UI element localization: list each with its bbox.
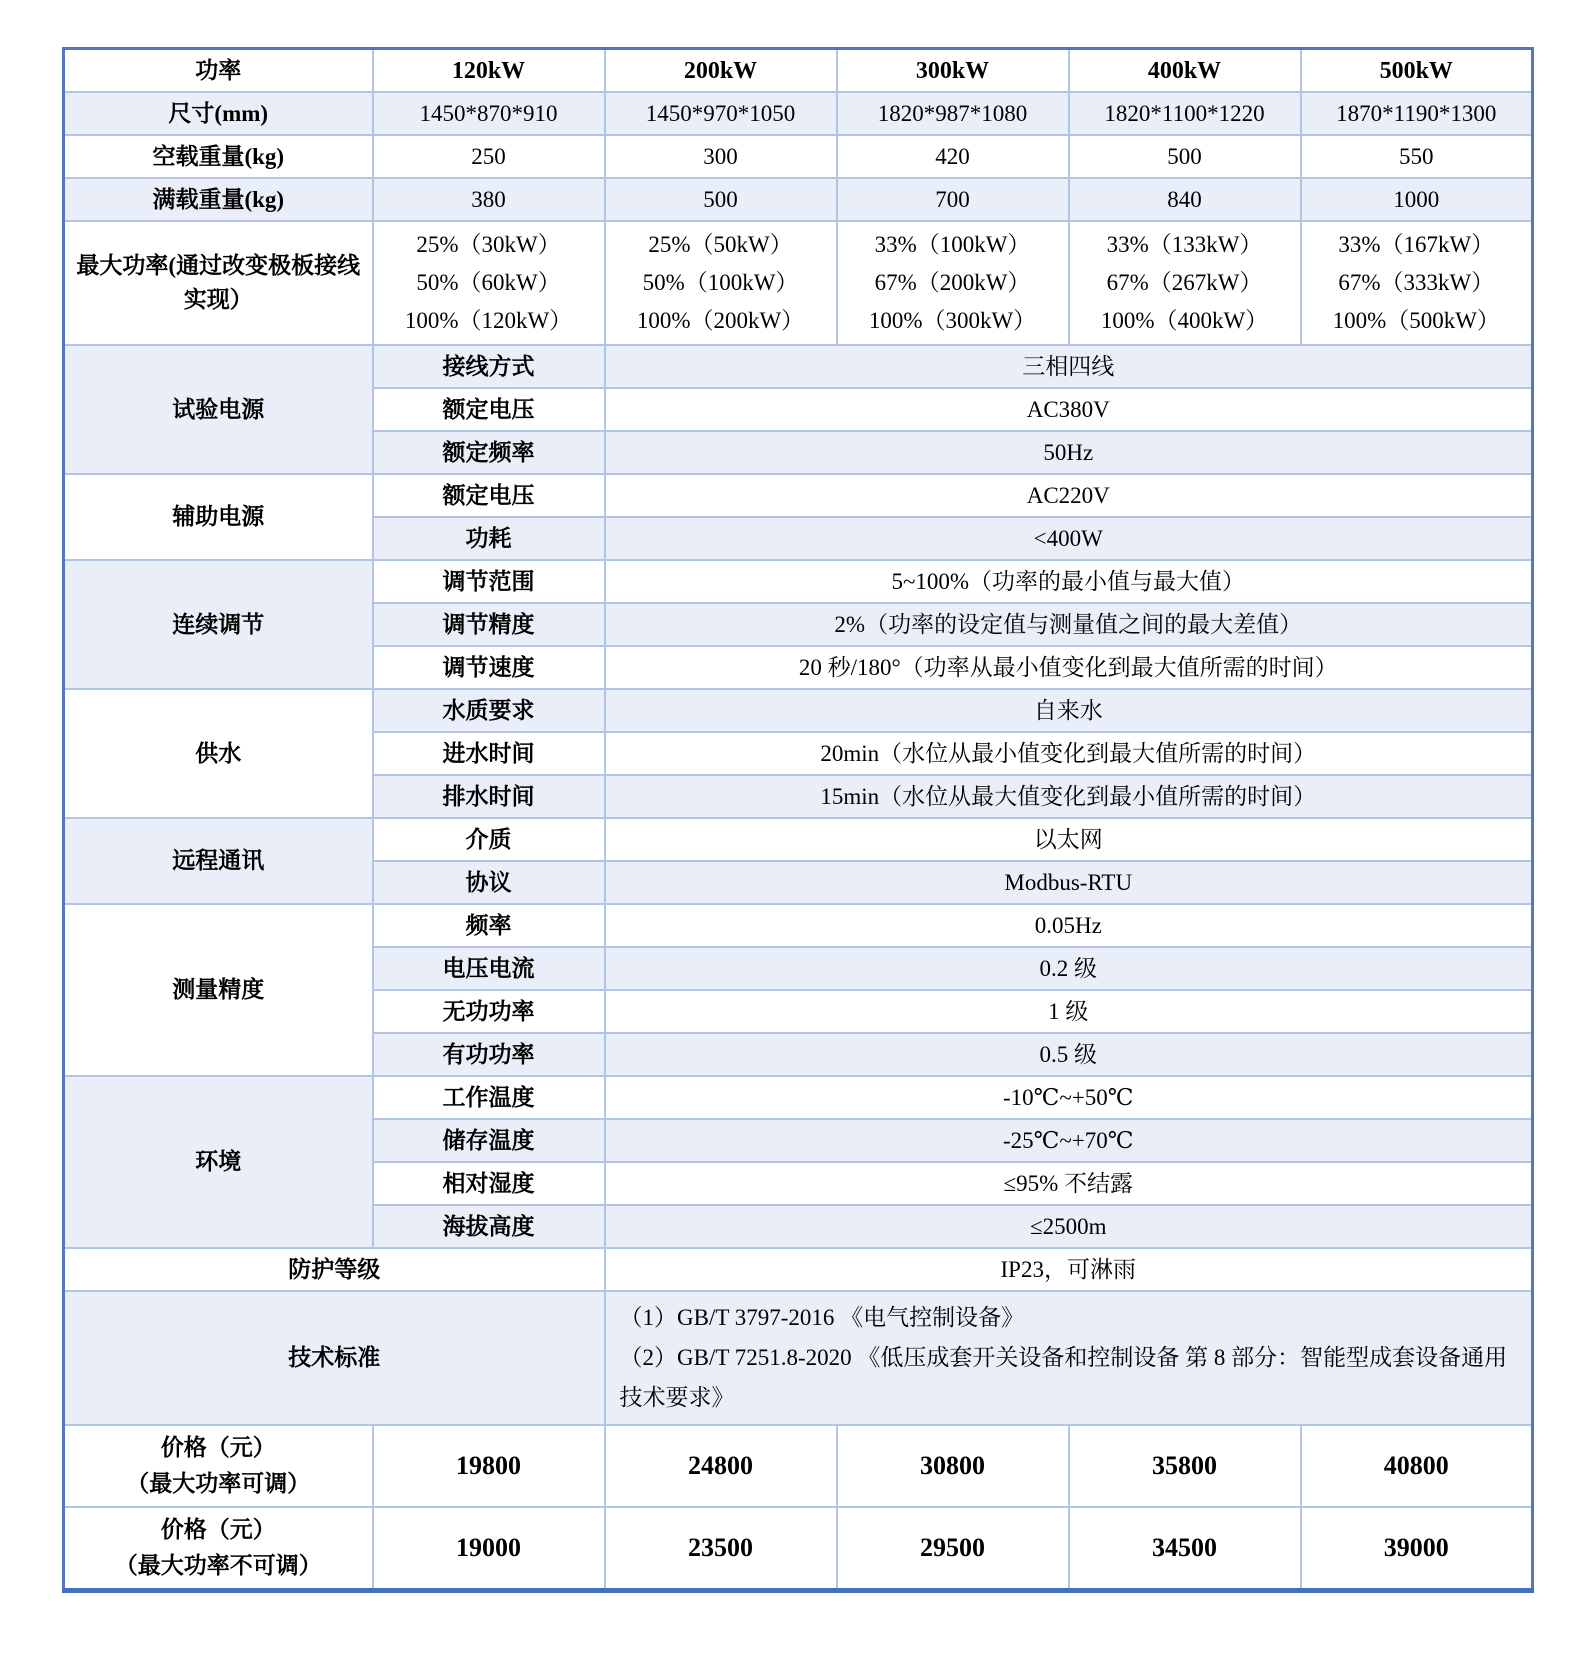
- step-value: 100%（500kW）: [1308, 302, 1526, 340]
- table-row-size: 尺寸(mm) 1450*870*910 1450*970*1050 1820*9…: [64, 92, 1533, 135]
- table-row-water-quality: 供水 水质要求 自来水: [64, 689, 1533, 732]
- cell-max-power-steps: 25%（30kW） 50%（60kW） 100%（120kW）: [373, 221, 605, 345]
- cell-value: 1820*1100*1220: [1069, 92, 1301, 135]
- row-label: 工作温度: [373, 1076, 605, 1119]
- cell-value: 250: [373, 135, 605, 178]
- row-label: 储存温度: [373, 1119, 605, 1162]
- table-row-protection: 防护等级 IP23，可淋雨: [64, 1248, 1533, 1291]
- cell-max-power-steps: 33%（167kW） 67%（333kW） 100%（500kW）: [1301, 221, 1533, 345]
- price-value: 40800: [1301, 1425, 1533, 1507]
- row-label: 排水时间: [373, 775, 605, 818]
- row-label: 额定电压: [373, 474, 605, 517]
- table-row-adjust-range: 连续调节 调节范围 5~100%（功率的最小值与最大值）: [64, 560, 1533, 603]
- table-row-standards: 技术标准 （1）GB/T 3797-2016 《电气控制设备》 （2）GB/T …: [64, 1291, 1533, 1425]
- cell-value: 700: [837, 178, 1069, 221]
- row-label: 水质要求: [373, 689, 605, 732]
- price-value: 19000: [373, 1507, 605, 1591]
- row-label: 协议: [373, 861, 605, 904]
- cell-value: 550: [1301, 135, 1533, 178]
- row-label: 海拔高度: [373, 1205, 605, 1248]
- group-label-test-power: 试验电源: [64, 345, 373, 474]
- table-row-max-power: 最大功率(通过改变极板接线实现） 25%（30kW） 50%（60kW） 100…: [64, 221, 1533, 345]
- cell-value: <400W: [605, 517, 1533, 560]
- step-value: 33%（100kW）: [844, 226, 1062, 264]
- price-label-line: （最大功率可调）: [71, 1466, 366, 1502]
- step-value: 33%（133kW）: [1076, 226, 1294, 264]
- cell-value: 5~100%（功率的最小值与最大值）: [605, 560, 1533, 603]
- cell-value: 以太网: [605, 818, 1533, 861]
- cell-value: 300: [605, 135, 837, 178]
- table-row-wiring: 试验电源 接线方式 三相四线: [64, 345, 1533, 388]
- price-value: 23500: [605, 1507, 837, 1591]
- cell-value: 0.2 级: [605, 947, 1533, 990]
- price-value: 30800: [837, 1425, 1069, 1507]
- cell-value: 1820*987*1080: [837, 92, 1069, 135]
- cell-value: 1 级: [605, 990, 1533, 1033]
- table-row-work-temp: 环境 工作温度 -10℃~+50℃: [64, 1076, 1533, 1119]
- cell-value: 1870*1190*1300: [1301, 92, 1533, 135]
- standard-item: （1）GB/T 3797-2016 《电气控制设备》: [620, 1298, 1518, 1338]
- price-label-line: 价格（元）: [71, 1430, 366, 1466]
- row-label: 电压电流: [373, 947, 605, 990]
- price-value: 35800: [1069, 1425, 1301, 1507]
- cell-value: 2%（功率的设定值与测量值之间的最大差值）: [605, 603, 1533, 646]
- cell-value: Modbus-RTU: [605, 861, 1533, 904]
- cell-value: 0.5 级: [605, 1033, 1533, 1076]
- row-label: 调节范围: [373, 560, 605, 603]
- table-row-freq-accuracy: 测量精度 频率 0.05Hz: [64, 904, 1533, 947]
- row-label: 频率: [373, 904, 605, 947]
- cell-value: AC220V: [605, 474, 1533, 517]
- row-label: 调节精度: [373, 603, 605, 646]
- group-label-water-supply: 供水: [64, 689, 373, 818]
- price-value: 39000: [1301, 1507, 1533, 1591]
- row-label: 空载重量(kg): [64, 135, 373, 178]
- cell-value: IP23，可淋雨: [605, 1248, 1533, 1291]
- table-row-full-weight: 满载重量(kg) 380 500 700 840 1000: [64, 178, 1533, 221]
- row-label: 相对湿度: [373, 1162, 605, 1205]
- table-row-aux-voltage: 辅助电源 额定电压 AC220V: [64, 474, 1533, 517]
- table-row-medium: 远程通讯 介质 以太网: [64, 818, 1533, 861]
- row-label: 有功功率: [373, 1033, 605, 1076]
- row-label-protection: 防护等级: [64, 1248, 605, 1291]
- row-label-price-adjustable: 价格（元） （最大功率可调）: [64, 1425, 373, 1507]
- cell-max-power-steps: 33%（100kW） 67%（200kW） 100%（300kW）: [837, 221, 1069, 345]
- price-value: 34500: [1069, 1507, 1301, 1591]
- price-value: 29500: [837, 1507, 1069, 1591]
- row-label-power: 功率: [64, 49, 373, 93]
- row-label: 接线方式: [373, 345, 605, 388]
- step-value: 100%（400kW）: [1076, 302, 1294, 340]
- cell-max-power-steps: 25%（50kW） 50%（100kW） 100%（200kW）: [605, 221, 837, 345]
- step-value: 100%（200kW）: [612, 302, 830, 340]
- cell-value: 1000: [1301, 178, 1533, 221]
- standard-item: （2）GB/T 7251.8-2020 《低压成套开关设备和控制设备 第 8 部…: [620, 1338, 1518, 1418]
- row-label: 满载重量(kg): [64, 178, 373, 221]
- row-label: 额定电压: [373, 388, 605, 431]
- row-label: 进水时间: [373, 732, 605, 775]
- cell-value: -10℃~+50℃: [605, 1076, 1533, 1119]
- spec-sheet-page: 功率 120kW 200kW 300kW 400kW 500kW 尺寸(mm) …: [0, 0, 1587, 1655]
- step-value: 67%（267kW）: [1076, 264, 1294, 302]
- group-label-measure-accuracy: 测量精度: [64, 904, 373, 1076]
- column-header-400kw: 400kW: [1069, 49, 1301, 93]
- cell-value: 三相四线: [605, 345, 1533, 388]
- row-label: 尺寸(mm): [64, 92, 373, 135]
- row-label: 额定频率: [373, 431, 605, 474]
- cell-value: AC380V: [605, 388, 1533, 431]
- step-value: 100%（120kW）: [380, 302, 598, 340]
- cell-value: 1450*870*910: [373, 92, 605, 135]
- spec-table: 功率 120kW 200kW 300kW 400kW 500kW 尺寸(mm) …: [62, 47, 1534, 1593]
- row-label-standards: 技术标准: [64, 1291, 605, 1425]
- cell-value: 15min（水位从最大值变化到最小值所需的时间）: [605, 775, 1533, 818]
- step-value: 25%（30kW）: [380, 226, 598, 264]
- step-value: 50%（60kW）: [380, 264, 598, 302]
- table-row-price-adjustable: 价格（元） （最大功率可调） 19800 24800 30800 35800 4…: [64, 1425, 1533, 1507]
- cell-max-power-steps: 33%（133kW） 67%（267kW） 100%（400kW）: [1069, 221, 1301, 345]
- cell-value: ≤2500m: [605, 1205, 1533, 1248]
- cell-value: 自来水: [605, 689, 1533, 732]
- header-row: 功率 120kW 200kW 300kW 400kW 500kW: [64, 49, 1533, 93]
- cell-value: 0.05Hz: [605, 904, 1533, 947]
- cell-value: ≤95% 不结露: [605, 1162, 1533, 1205]
- cell-value: 50Hz: [605, 431, 1533, 474]
- step-value: 67%（333kW）: [1308, 264, 1526, 302]
- cell-value: 380: [373, 178, 605, 221]
- cell-value: 840: [1069, 178, 1301, 221]
- group-label-environment: 环境: [64, 1076, 373, 1248]
- group-label-continuous-adjust: 连续调节: [64, 560, 373, 689]
- cell-value: 20min（水位从最小值变化到最大值所需的时间）: [605, 732, 1533, 775]
- row-label: 调节速度: [373, 646, 605, 689]
- cell-value: 500: [605, 178, 837, 221]
- step-value: 50%（100kW）: [612, 264, 830, 302]
- cell-value: -25℃~+70℃: [605, 1119, 1533, 1162]
- column-header-300kw: 300kW: [837, 49, 1069, 93]
- cell-value: 20 秒/180°（功率从最小值变化到最大值所需的时间）: [605, 646, 1533, 689]
- column-header-500kw: 500kW: [1301, 49, 1533, 93]
- row-label-price-fixed: 价格（元） （最大功率不可调）: [64, 1507, 373, 1591]
- column-header-200kw: 200kW: [605, 49, 837, 93]
- price-label-line: （最大功率不可调）: [71, 1548, 366, 1584]
- table-row-price-fixed: 价格（元） （最大功率不可调） 19000 23500 29500 34500 …: [64, 1507, 1533, 1591]
- row-label: 无功功率: [373, 990, 605, 1033]
- price-value: 19800: [373, 1425, 605, 1507]
- price-label-line: 价格（元）: [71, 1512, 366, 1548]
- step-value: 100%（300kW）: [844, 302, 1062, 340]
- cell-value: 500: [1069, 135, 1301, 178]
- price-value: 24800: [605, 1425, 837, 1507]
- row-label-max-power: 最大功率(通过改变极板接线实现）: [64, 221, 373, 345]
- table-row-empty-weight: 空载重量(kg) 250 300 420 500 550: [64, 135, 1533, 178]
- cell-standards: （1）GB/T 3797-2016 《电气控制设备》 （2）GB/T 7251.…: [605, 1291, 1533, 1425]
- step-value: 33%（167kW）: [1308, 226, 1526, 264]
- row-label: 功耗: [373, 517, 605, 560]
- step-value: 25%（50kW）: [612, 226, 830, 264]
- group-label-aux-power: 辅助电源: [64, 474, 373, 560]
- cell-value: 420: [837, 135, 1069, 178]
- row-label: 介质: [373, 818, 605, 861]
- cell-value: 1450*970*1050: [605, 92, 837, 135]
- column-header-120kw: 120kW: [373, 49, 605, 93]
- step-value: 67%（200kW）: [844, 264, 1062, 302]
- group-label-remote-comm: 远程通讯: [64, 818, 373, 904]
